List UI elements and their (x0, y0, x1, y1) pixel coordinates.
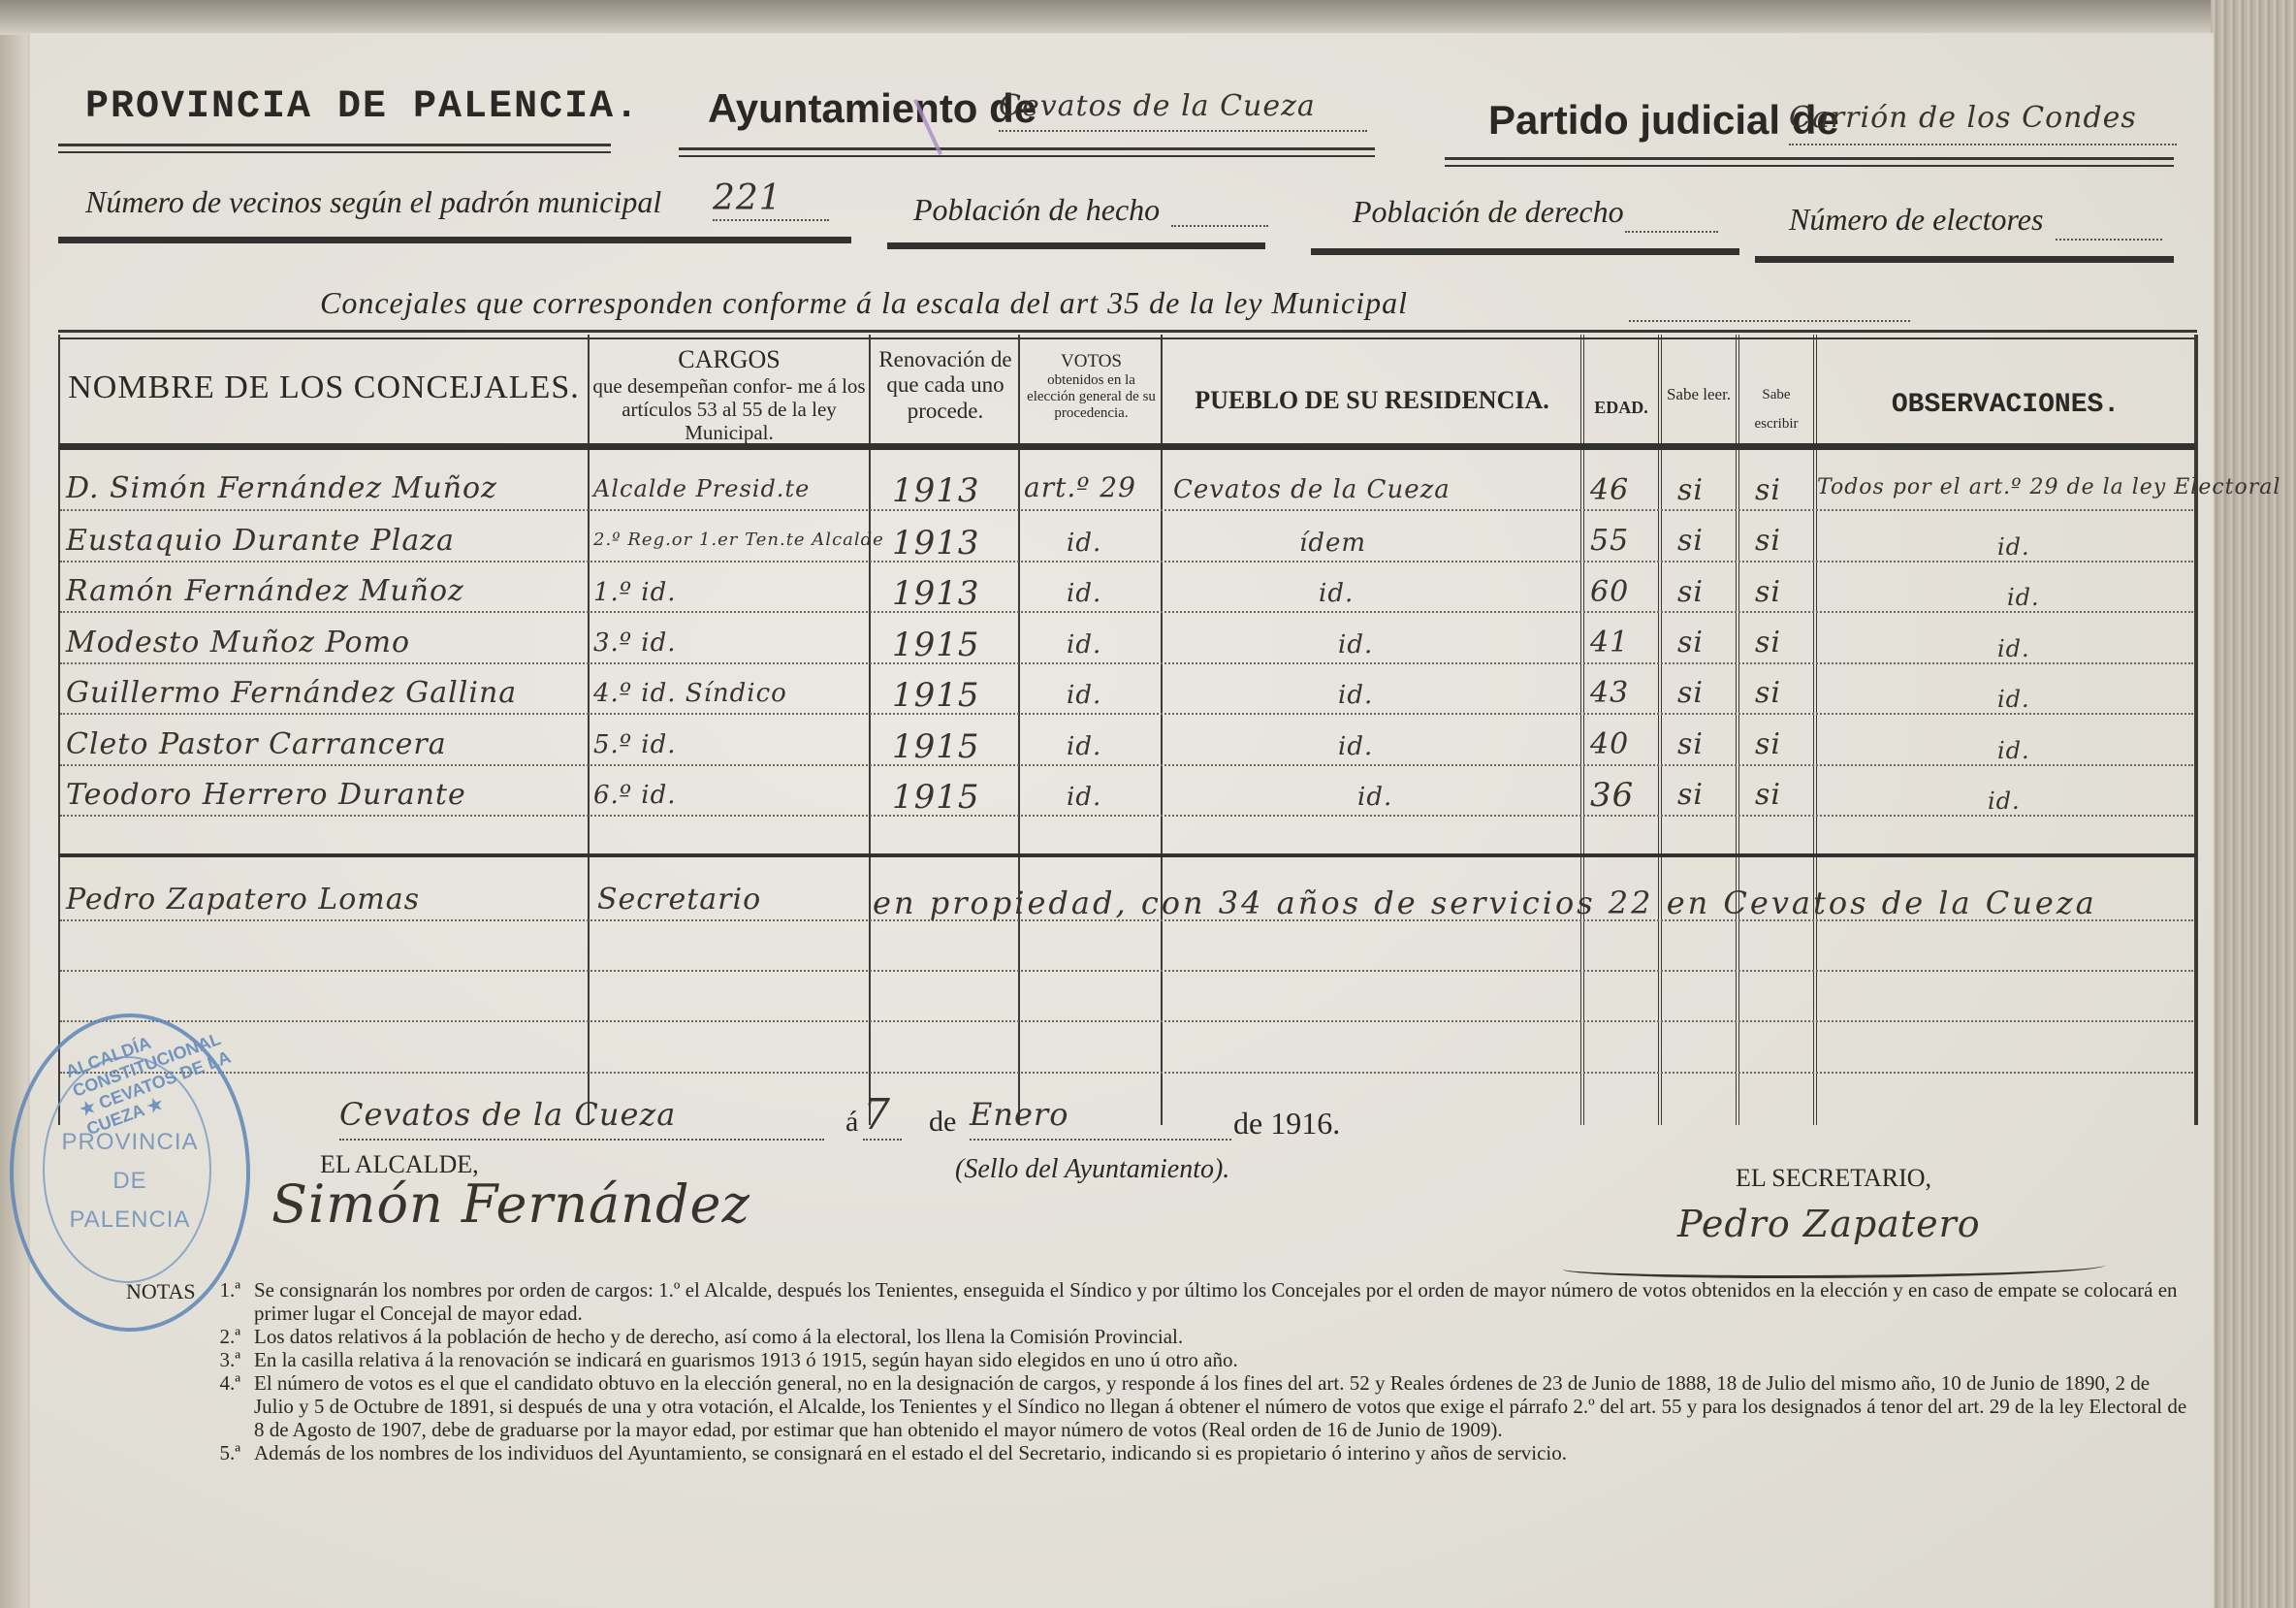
note-4: 4.ª El número de votos es el que el cand… (184, 1371, 2191, 1441)
binder-edge-top (0, 0, 2296, 35)
note-text: El número de votos es el que el candidat… (254, 1371, 2191, 1441)
col-header-cargos-sub: que desempeñan confor- me á los artículo… (590, 374, 869, 444)
col-header-votos-title: VOTOS (1022, 351, 1161, 372)
note-number: 4.ª (184, 1371, 254, 1441)
col-divider (869, 335, 871, 1125)
electores-field[interactable] (2056, 204, 2162, 241)
a-label: á (845, 1106, 858, 1139)
header-bottom-rule (58, 443, 2196, 450)
note-text: Además de los nombres de los individuos … (254, 1441, 1567, 1464)
row-line (60, 611, 2193, 613)
row-2-renovacion: 1913 (892, 574, 980, 613)
table-top-rule (58, 330, 2197, 339)
row-6-pueblo: id. (1357, 783, 1392, 812)
seal-line2: DE (14, 1168, 246, 1195)
row-0-cargo: Alcalde Presid.te (593, 475, 810, 502)
note-number: 3.ª (184, 1348, 254, 1371)
poblacion-hecho-label: Población de hecho (913, 192, 1160, 228)
ayuntamiento-field[interactable]: Cevatos de la Cueza (999, 89, 1367, 132)
lugar-field[interactable]: Cevatos de la Cueza (339, 1096, 824, 1141)
col-header-nombre: NOMBRE DE LOS CONCEJALES. (60, 369, 588, 406)
secretary-separator (58, 853, 2196, 857)
poblacion-hecho-field[interactable] (1171, 190, 1268, 227)
col-header-votos: VOTOS obtenidos en la elección general d… (1022, 351, 1161, 423)
row-1-leer: si (1677, 524, 1704, 558)
col-header-observaciones: OBSERVACIONES. (1817, 390, 2194, 421)
col-header-escribir: Sabe escribir (1739, 380, 1813, 438)
row-2-escribir: si (1755, 575, 1781, 609)
row-1-nombre: Eustaquio Durante Plaza (66, 524, 455, 558)
row-line (60, 561, 2193, 563)
row-line (60, 1020, 2193, 1022)
row-0-nombre: D. Simón Fernández Muñoz (66, 471, 497, 505)
divider (1445, 157, 2174, 167)
row-6-leer: si (1677, 778, 1704, 812)
row-0-observaciones: Todos por el art.º 29 de la ley Electora… (1817, 475, 2280, 499)
row-1-votos: id. (1067, 529, 1101, 558)
vecinos-label: Número de vecinos según el padrón munici… (85, 184, 661, 220)
row-4-observaciones: id. (1997, 686, 2030, 713)
row-4-edad: 43 (1590, 676, 1629, 710)
row-1-renovacion: 1913 (892, 524, 980, 563)
row-5-nombre: Cleto Pastor Carrancera (66, 727, 447, 761)
row-2-cargo: 1.º id. (593, 578, 677, 607)
row-4-votos: id. (1067, 681, 1101, 710)
row-4-leer: si (1677, 676, 1704, 710)
poblacion-derecho-label: Población de derecho (1353, 194, 1624, 230)
col-header-votos-sub: obtenidos en la elección general de su p… (1022, 372, 1161, 423)
row-4-cargo: 4.º id. Síndico (593, 679, 787, 708)
row-3-observaciones: id. (1997, 635, 2030, 662)
concejales-label: Concejales que corresponden conforme á l… (320, 285, 1408, 321)
note-number: 2.ª (184, 1325, 254, 1348)
divider (58, 144, 611, 153)
row-1-edad: 55 (1590, 524, 1629, 558)
sello-label: (Sello del Ayuntamiento). (955, 1154, 1229, 1185)
binder-edge-left (0, 0, 27, 1608)
partido-field[interactable]: Carrión de los Condes (1789, 101, 2177, 145)
row-2-pueblo: id. (1319, 579, 1354, 608)
mes-field[interactable]: Enero (970, 1096, 1231, 1141)
row-line (60, 815, 2193, 817)
note-1: 1.ª Se consignarán los nombres por orden… (184, 1278, 2191, 1325)
row-2-votos: id. (1067, 579, 1101, 608)
row-3-edad: 41 (1590, 626, 1629, 659)
de-label: de (929, 1106, 956, 1139)
row-0-renovacion: 1913 (892, 471, 980, 510)
electores-label: Número de electores (1789, 202, 2043, 238)
col-divider (58, 335, 60, 1125)
row-3-escribir: si (1755, 626, 1781, 659)
seal-line3: PALENCIA (14, 1206, 246, 1234)
note-number: 5.ª (184, 1441, 254, 1464)
row-6-nombre: Teodoro Herrero Durante (66, 778, 466, 812)
row-5-leer: si (1677, 727, 1704, 761)
divider (679, 147, 1375, 157)
row-4-renovacion: 1915 (892, 676, 980, 715)
row-6-votos: id. (1067, 783, 1101, 812)
row-3-cargo: 3.º id. (593, 628, 677, 658)
row-5-renovacion: 1915 (892, 727, 980, 766)
partido-label: Partido judicial de (1488, 97, 1839, 144)
ayuntamiento-label: Ayuntamiento de (708, 85, 1036, 132)
col-header-cargos: CARGOS que desempeñan confor- me á los a… (590, 345, 869, 444)
secretario-signature: Pedro Zapatero (1677, 1203, 1981, 1245)
row-4-nombre: Guillermo Fernández Gallina (66, 676, 517, 710)
row-6-escribir: si (1755, 778, 1781, 812)
row-line (60, 764, 2193, 766)
row-6-renovacion: 1915 (892, 778, 980, 817)
row-line (60, 662, 2193, 664)
row-3-renovacion: 1915 (892, 626, 980, 664)
row-6-cargo: 6.º id. (593, 781, 677, 810)
row-2-leer: si (1677, 575, 1704, 609)
vecinos-field[interactable]: 221 (713, 178, 829, 221)
row-0-leer: si (1677, 473, 1704, 507)
col-divider (588, 335, 590, 1125)
divider (1755, 256, 2174, 263)
row-2-observaciones: id. (2007, 584, 2040, 611)
note-text: Los datos relativos á la población de he… (254, 1325, 1183, 1348)
anio-label: de 1916. (1233, 1106, 1340, 1142)
note-2: 2.ª Los datos relativos á la población d… (184, 1325, 2191, 1348)
secretario-label: EL SECRETARIO, (1736, 1164, 1931, 1193)
divider (887, 242, 1265, 249)
col-divider (1813, 335, 1817, 1125)
row-0-edad: 46 (1590, 473, 1629, 507)
note-3: 3.ª En la casilla relativa á la renovaci… (184, 1348, 2191, 1371)
seal-line1: PROVINCIA (14, 1129, 246, 1156)
row-line (60, 713, 2193, 715)
alcalde-signature: Simón Fernández (271, 1174, 750, 1235)
secretario-nombre: Pedro Zapatero Lomas (66, 883, 420, 917)
secretario-cargo: Secretario (597, 883, 761, 917)
col-header-leer: Sabe leer. (1662, 380, 1736, 409)
row-0-pueblo: Cevatos de la Cueza (1173, 475, 1451, 504)
poblacion-derecho-field[interactable] (1625, 196, 1718, 233)
col-divider (1580, 335, 1584, 1125)
row-5-edad: 40 (1590, 727, 1629, 761)
province-title: PROVINCIA DE PALENCIA. (85, 85, 640, 129)
concejales-field[interactable] (1629, 291, 1910, 322)
row-line (60, 1072, 2193, 1074)
row-5-cargo: 5.º id. (593, 730, 677, 759)
row-1-observaciones: id. (1997, 533, 2030, 561)
col-divider (1658, 335, 1662, 1125)
row-5-votos: id. (1067, 732, 1101, 761)
row-2-nombre: Ramón Fernández Muñoz (66, 574, 464, 608)
notes-label: NOTAS (126, 1280, 196, 1303)
row-3-leer: si (1677, 626, 1704, 659)
row-1-pueblo: ídem (1299, 529, 1366, 558)
col-header-cargos-title: CARGOS (590, 345, 869, 374)
row-line (60, 970, 2193, 972)
dia-field[interactable]: 7 (863, 1090, 902, 1141)
row-2-edad: 60 (1590, 575, 1629, 609)
row-5-observaciones: id. (1997, 737, 2030, 764)
row-5-pueblo: id. (1338, 732, 1373, 761)
secretario-detalle: en propiedad, con 34 años de servicios 2… (873, 884, 2097, 921)
table-right-border (2194, 335, 2198, 1125)
row-line (60, 509, 2193, 511)
row-0-votos: art.º 29 (1024, 471, 1136, 503)
row-1-cargo: 2.º Reg.or 1.er Ten.te Alcalde (593, 530, 884, 550)
col-header-pueblo: PUEBLO DE SU RESIDENCIA. (1164, 386, 1580, 415)
binder-edge-right (2211, 0, 2296, 1608)
col-header-renovacion: Renovación de que cada uno procede. (873, 347, 1018, 424)
row-4-escribir: si (1755, 676, 1781, 710)
col-divider (1736, 335, 1739, 1125)
notes-section: NOTAS 1.ª Se consignarán los nombres por… (136, 1278, 2191, 1464)
note-text: Se consignarán los nombres por orden de … (254, 1278, 2191, 1325)
col-header-edad: EDAD. (1584, 398, 1658, 418)
row-6-observaciones: id. (1988, 788, 2021, 815)
row-5-escribir: si (1755, 727, 1781, 761)
note-5: 5.ª Además de los nombres de los individ… (184, 1441, 2191, 1464)
row-0-escribir: si (1755, 473, 1781, 507)
divider (1311, 248, 1739, 255)
note-text: En la casilla relativa á la renovación s… (254, 1348, 1238, 1371)
row-1-escribir: si (1755, 524, 1781, 558)
row-3-pueblo: id. (1338, 630, 1373, 659)
col-divider (1018, 335, 1020, 1125)
row-3-votos: id. (1067, 630, 1101, 659)
row-3-nombre: Modesto Muñoz Pomo (66, 626, 410, 659)
row-4-pueblo: id. (1338, 681, 1373, 710)
row-6-edad: 36 (1590, 776, 1634, 815)
col-divider (1161, 335, 1163, 1125)
divider (58, 237, 851, 243)
